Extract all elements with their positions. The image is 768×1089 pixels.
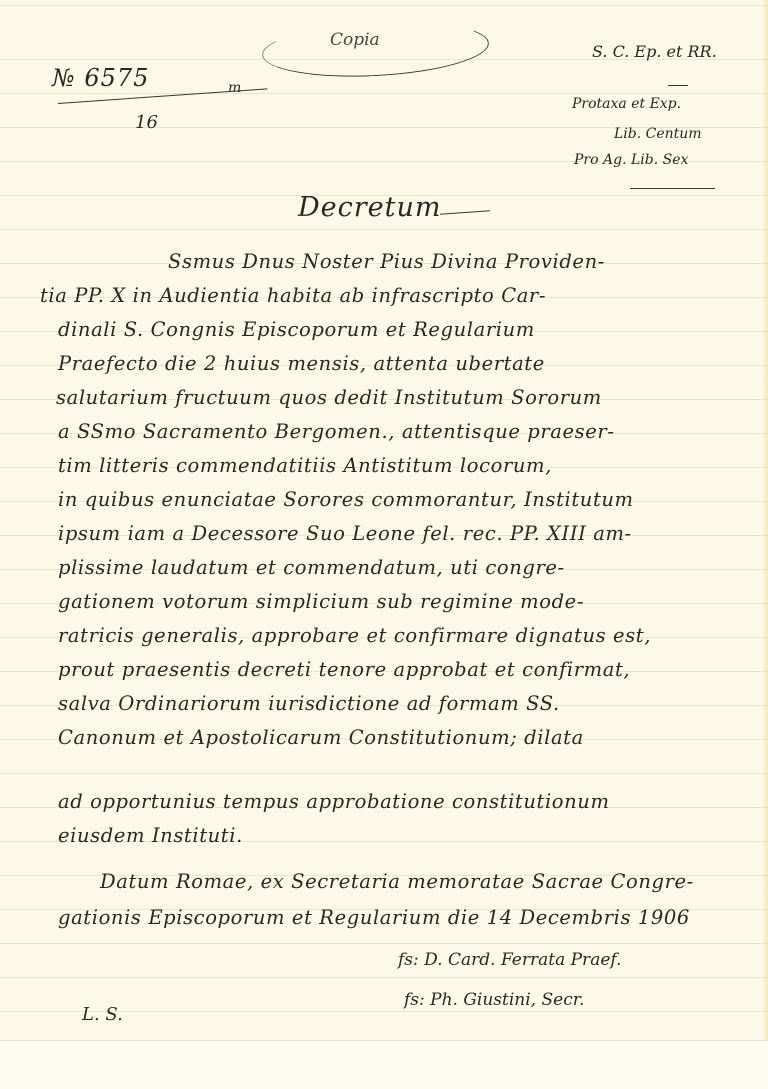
body-line: prout praesentis decreti tenore approbat… <box>58 658 630 681</box>
body-line: tim litteris commendatitiis Antistitum l… <box>58 454 552 477</box>
tax-note: Pro Ag. Lib. Sex <box>574 152 688 168</box>
dating-line: Datum Romae, ex Secretaria memoratae Sac… <box>100 870 694 893</box>
body-line: plissime laudatum et commendatum, uti co… <box>58 556 565 579</box>
body-line: Ssmus Dnus Noster Pius Divina Providen- <box>168 250 605 273</box>
body-line: eiusdem Instituti. <box>58 824 243 847</box>
tax-note: Lib. Centum <box>614 126 702 142</box>
body-line: Praefecto die 2 huius mensis, attenta ub… <box>58 352 545 375</box>
signature-prefect: fs: D. Card. Ferrata Praef. <box>398 950 621 970</box>
tax-note: Protaxa et Exp. <box>572 96 681 112</box>
body-line: a SSmo Sacramento Bergomen., attentisque… <box>58 420 615 443</box>
congregation-abbrev: S. C. Ep. et RR. <box>592 42 717 61</box>
seal-mark: L. S. <box>82 1004 123 1025</box>
body-line: dinali S. Congnis Episcoporum et Regular… <box>58 318 535 341</box>
body-line: gationem votorum simplicium sub regimine… <box>58 590 584 613</box>
document-page: Copia № 6575 m 16 S. C. Ep. et RR. Prota… <box>0 0 768 1040</box>
protocol-sub-number: 16 <box>135 112 158 133</box>
protocol-number: № 6575 <box>52 64 149 92</box>
document-title: Decretum <box>298 192 441 223</box>
body-line: salva Ordinariorum iurisdictione ad form… <box>58 692 560 715</box>
body-line: tia PP. X in Audientia habita ab infrasc… <box>40 284 546 307</box>
header-divider <box>668 85 688 86</box>
tax-divider <box>630 188 715 189</box>
body-line: in quibus enunciatae Sorores commorantur… <box>58 488 634 511</box>
dating-line: gationis Episcoporum et Regularium die 1… <box>58 906 690 929</box>
body-line: Canonum et Apostolicarum Constitutionum;… <box>58 726 584 749</box>
body-line: salutarium fructuum quos dedit Institutu… <box>56 386 602 409</box>
signature-secretary: fs: Ph. Giustini, Secr. <box>404 990 584 1010</box>
page-bottom-margin <box>0 1040 768 1089</box>
protocol-suffix: m <box>228 80 241 96</box>
title-flourish <box>440 210 490 214</box>
body-line: ad opportunius tempus approbatione const… <box>58 790 610 813</box>
copia-label: Copia <box>330 30 380 50</box>
page-edge-stain <box>762 0 768 1040</box>
body-line: ratricis generalis, approbare et confirm… <box>58 624 651 647</box>
body-line: ipsum iam a Decessore Suo Leone fel. rec… <box>58 522 632 545</box>
